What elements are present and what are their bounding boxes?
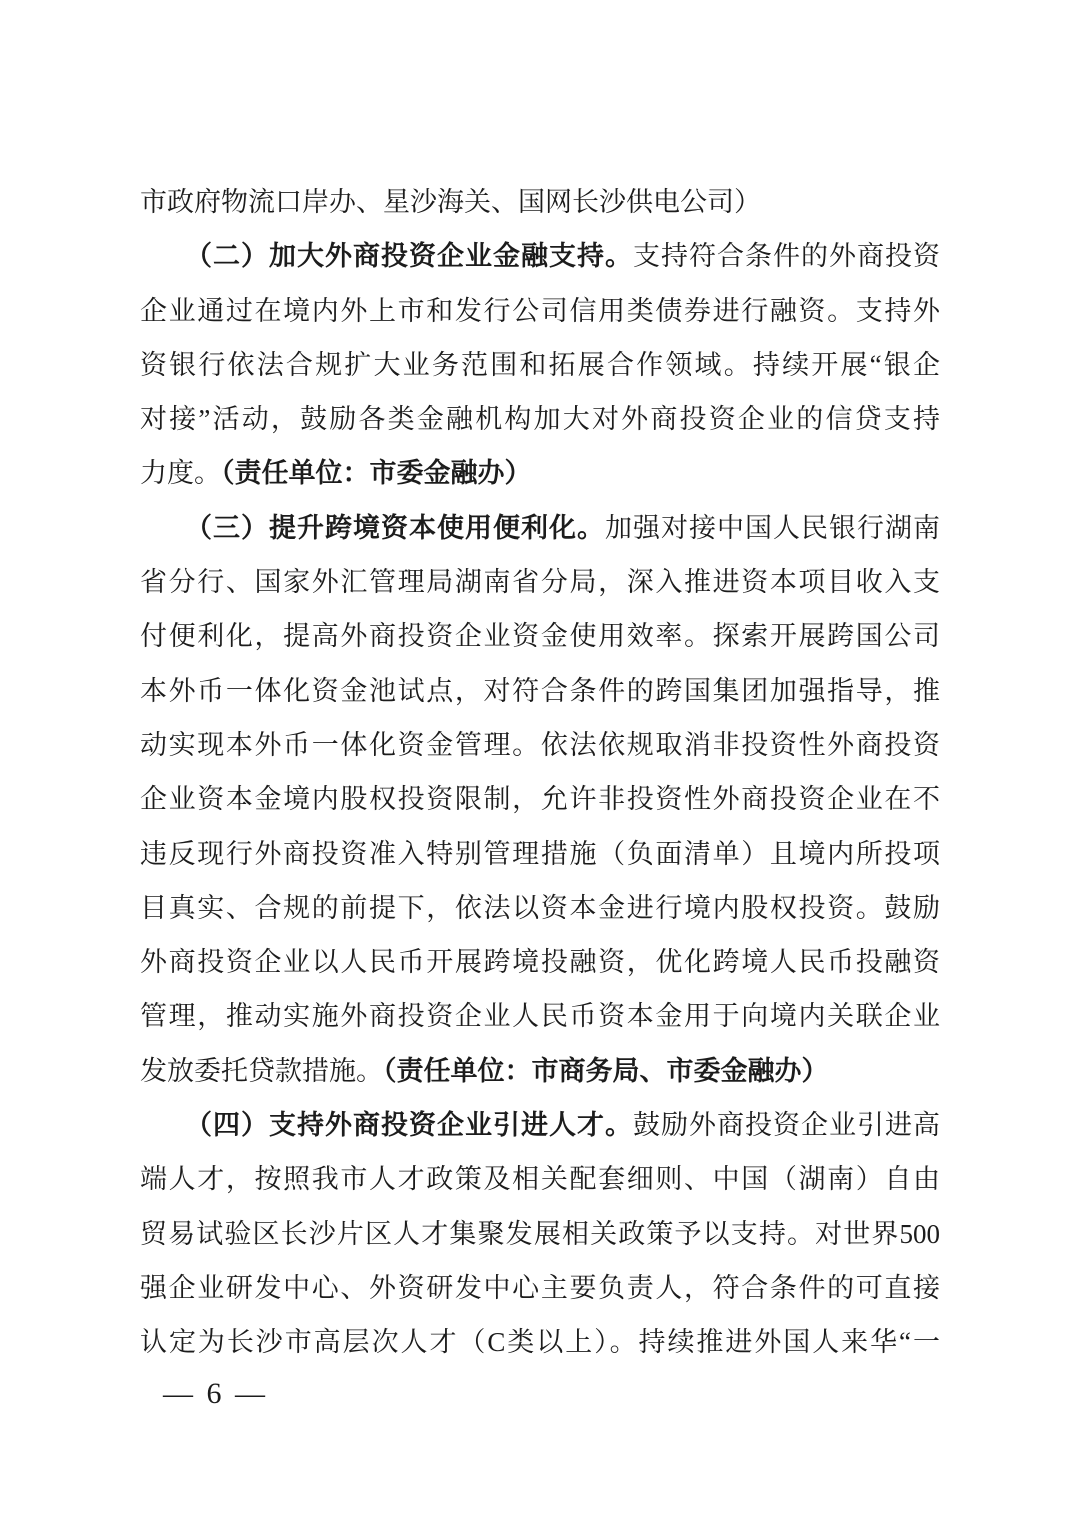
emphasis-text: （责任单位：市商务局、市委金融办） xyxy=(383,1056,829,1086)
body-text: 管理，推动实施外商投资企业人民币资本金用于向境内关联企业 xyxy=(140,1001,940,1031)
body-text: 企业资本金境内股权投资限制，允许非投资性外商投资企业在不 xyxy=(140,784,940,814)
text-line: 外商投资企业以人民币开展跨境投融资，优化跨境人民币投融资 xyxy=(140,935,940,989)
text-line: 管理，推动实施外商投资企业人民币资本金用于向境内关联企业 xyxy=(140,989,940,1043)
emphasis-text: （责任单位：市委金融办） xyxy=(221,458,532,488)
body-text: 对接”活动，鼓励各类金融机构加大对外商投资企业的信贷支持 xyxy=(140,404,940,434)
body-text: 贸易试验区长沙片区人才集聚发展相关政策予以支持。对世界500 xyxy=(140,1219,940,1249)
body-text: 发放委托贷款措施。 xyxy=(140,1056,383,1086)
text-line: 动实现本外币一体化资金管理。依法依规取消非投资性外商投资 xyxy=(140,718,940,772)
text-line: 省分行、国家外汇管理局湖南省分局，深入推进资本项目收入支 xyxy=(140,555,940,609)
text-line: 对接”活动，鼓励各类金融机构加大对外商投资企业的信贷支持 xyxy=(140,392,940,446)
text-line: （三）提升跨境资本使用便利化。加强对接中国人民银行湖南 xyxy=(140,501,940,555)
text-line: 贸易试验区长沙片区人才集聚发展相关政策予以支持。对世界500 xyxy=(140,1207,940,1261)
body-text: 动实现本外币一体化资金管理。依法依规取消非投资性外商投资 xyxy=(140,730,940,760)
body-text: 违反现行外商投资准入特别管理措施（负面清单）且境内所投项 xyxy=(140,839,940,869)
body-text: 企业通过在境内外上市和发行公司信用类债券进行融资。支持外 xyxy=(140,296,940,326)
text-line: （二）加大外商投资企业金融支持。支持符合条件的外商投资 xyxy=(140,229,940,283)
body-text: 付便利化，提高外商投资企业资金使用效率。探索开展跨国公司 xyxy=(140,621,940,651)
text-line: 力度。（责任单位：市委金融办） xyxy=(140,446,940,500)
body-text: 力度。 xyxy=(140,458,221,488)
text-line: 认定为长沙市高层次人才（C类以上）。持续推进外国人来华“一 xyxy=(140,1315,940,1369)
body-text: 强企业研发中心、外资研发中心主要负责人，符合条件的可直接 xyxy=(140,1273,940,1303)
text-line: （四）支持外商投资企业引进人才。鼓励外商投资企业引进高 xyxy=(140,1098,940,1152)
text-line: 端人才，按照我市人才政策及相关配套细则、中国（湖南）自由 xyxy=(140,1152,940,1206)
page-number: — 6 — xyxy=(163,1372,268,1416)
text-line: 资银行依法合规扩大业务范围和拓展合作领域。持续开展“银企 xyxy=(140,338,940,392)
body-text: 加强对接中国人民银行湖南 xyxy=(605,513,940,543)
body-text: 支持符合条件的外商投资 xyxy=(633,241,940,271)
text-line: 市政府物流口岸办、星沙海关、国网长沙供电公司） xyxy=(140,175,940,229)
text-line: 违反现行外商投资准入特别管理措施（负面清单）且境内所投项 xyxy=(140,827,940,881)
text-line: 目真实、合规的前提下，依法以资本金进行境内股权投资。鼓励 xyxy=(140,881,940,935)
document-body: 市政府物流口岸办、星沙海关、国网长沙供电公司）（二）加大外商投资企业金融支持。支… xyxy=(140,175,940,1370)
emphasis-text: （四）支持外商投资企业引进人才。 xyxy=(185,1110,633,1140)
body-text: 认定为长沙市高层次人才（C类以上）。持续推进外国人来华“一 xyxy=(140,1327,940,1357)
text-line: 发放委托贷款措施。（责任单位：市商务局、市委金融办） xyxy=(140,1044,940,1098)
text-line: 本外币一体化资金池试点，对符合条件的跨国集团加强指导，推 xyxy=(140,664,940,718)
body-text: 市政府物流口岸办、星沙海关、国网长沙供电公司） xyxy=(140,187,761,217)
body-text: 鼓励外商投资企业引进高 xyxy=(633,1110,940,1140)
text-line: 企业资本金境内股权投资限制，允许非投资性外商投资企业在不 xyxy=(140,772,940,826)
body-text: 本外币一体化资金池试点，对符合条件的跨国集团加强指导，推 xyxy=(140,676,940,706)
text-line: 强企业研发中心、外资研发中心主要负责人，符合条件的可直接 xyxy=(140,1261,940,1315)
text-line: 企业通过在境内外上市和发行公司信用类债券进行融资。支持外 xyxy=(140,284,940,338)
body-text: 端人才，按照我市人才政策及相关配套细则、中国（湖南）自由 xyxy=(140,1164,940,1194)
document-page: 市政府物流口岸办、星沙海关、国网长沙供电公司）（二）加大外商投资企业金融支持。支… xyxy=(0,0,1075,1520)
body-text: 资银行依法合规扩大业务范围和拓展合作领域。持续开展“银企 xyxy=(140,350,940,380)
body-text: 外商投资企业以人民币开展跨境投融资，优化跨境人民币投融资 xyxy=(140,947,940,977)
text-line: 付便利化，提高外商投资企业资金使用效率。探索开展跨国公司 xyxy=(140,609,940,663)
body-text: 省分行、国家外汇管理局湖南省分局，深入推进资本项目收入支 xyxy=(140,567,940,597)
emphasis-text: （三）提升跨境资本使用便利化。 xyxy=(185,513,605,543)
emphasis-text: （二）加大外商投资企业金融支持。 xyxy=(185,241,633,271)
body-text: 目真实、合规的前提下，依法以资本金进行境内股权投资。鼓励 xyxy=(140,893,940,923)
